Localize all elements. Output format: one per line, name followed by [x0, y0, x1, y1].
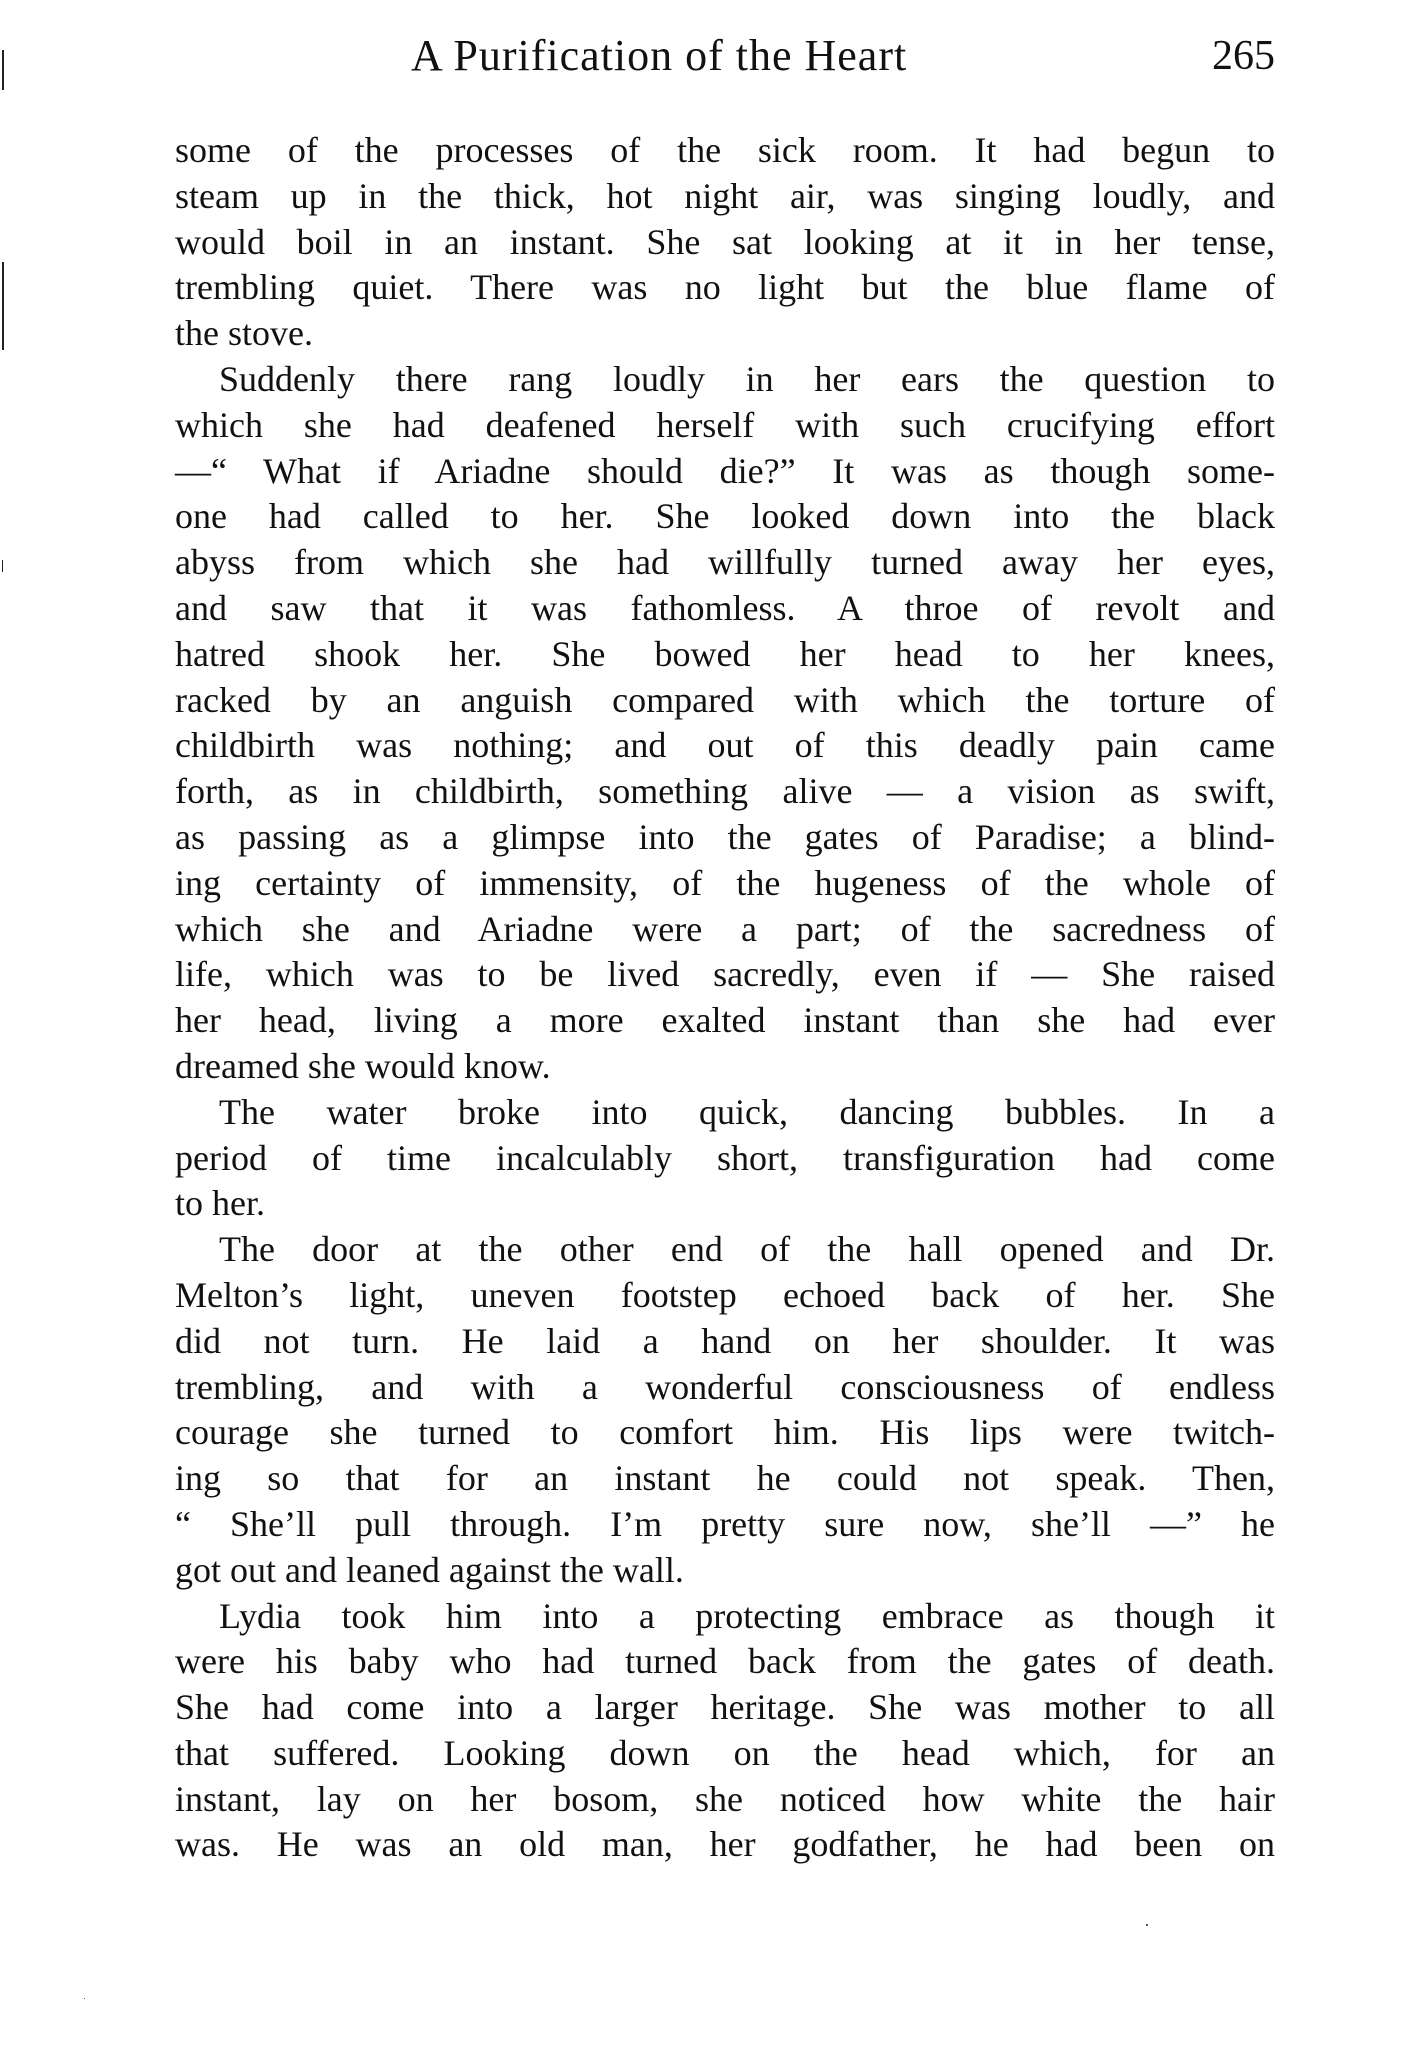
text-line: Melton’s light, uneven footstep echoed b…	[175, 1273, 1275, 1319]
paragraph: Lydia took him into a protecting embrace…	[175, 1594, 1275, 1869]
text-line: did not turn. He laid a hand on her shou…	[175, 1319, 1275, 1365]
text-line: courage she turned to comfort him. His l…	[175, 1410, 1275, 1456]
scan-speck	[1146, 1924, 1148, 1926]
scan-edge-mark	[2, 262, 4, 350]
text-line: instant, lay on her bosom, she noticed h…	[175, 1777, 1275, 1823]
text-line: got out and leaned against the wall.	[175, 1548, 1275, 1594]
paragraph: Suddenly there rang loudly in her ears t…	[175, 357, 1275, 1090]
text-line: forth, as in childbirth, something alive…	[175, 769, 1275, 815]
text-line: would boil in an instant. She sat lookin…	[175, 220, 1275, 266]
paragraph: some of the processes of the sick room. …	[175, 128, 1275, 357]
text-line: as passing as a glimpse into the gates o…	[175, 815, 1275, 861]
text-line: dreamed she would know.	[175, 1044, 1275, 1090]
text-line: which she had deafened herself with such…	[175, 403, 1275, 449]
text-line: “ She’ll pull through. I’m pretty sure n…	[175, 1502, 1275, 1548]
text-line: —“ What if Ariadne should die?” It was a…	[175, 449, 1275, 495]
text-line: Lydia took him into a protecting embrace…	[175, 1594, 1275, 1640]
page-number: 265	[1212, 32, 1275, 80]
text-line: which she and Ariadne were a part; of th…	[175, 907, 1275, 953]
text-line: her head, living a more exalted instant …	[175, 998, 1275, 1044]
text-line: some of the processes of the sick room. …	[175, 128, 1275, 174]
text-line: that suffered. Looking down on the head …	[175, 1731, 1275, 1777]
text-line: trembling quiet. There was no light but …	[175, 265, 1275, 311]
text-line: ing so that for an instant he could not …	[175, 1456, 1275, 1502]
page-header: A Purification of the Heart 265	[175, 30, 1275, 90]
text-line: trembling, and with a wonderful consciou…	[175, 1365, 1275, 1411]
text-line: racked by an anguish compared with which…	[175, 678, 1275, 724]
text-line: Suddenly there rang loudly in her ears t…	[175, 357, 1275, 403]
text-line: the stove.	[175, 311, 1275, 357]
text-line: abyss from which she had willfully turne…	[175, 540, 1275, 586]
text-line: were his baby who had turned back from t…	[175, 1639, 1275, 1685]
text-line: ing certainty of immensity, of the hugen…	[175, 861, 1275, 907]
running-title: A Purification of the Heart	[411, 30, 907, 81]
text-line: The water broke into quick, dancing bubb…	[175, 1090, 1275, 1136]
paragraph: The door at the other end of the hall op…	[175, 1227, 1275, 1593]
text-line: and saw that it was fathomless. A throe …	[175, 586, 1275, 632]
body-text: some of the processes of the sick room. …	[175, 128, 1275, 1868]
text-line: She had come into a larger heritage. She…	[175, 1685, 1275, 1731]
text-line: hatred shook her. She bowed her head to …	[175, 632, 1275, 678]
scan-edge-mark	[2, 50, 4, 90]
text-line: childbirth was nothing; and out of this …	[175, 723, 1275, 769]
scan-edge-mark	[2, 560, 3, 572]
text-line: was. He was an old man, her godfather, h…	[175, 1822, 1275, 1868]
text-line: life, which was to be lived sacredly, ev…	[175, 952, 1275, 998]
text-line: The door at the other end of the hall op…	[175, 1227, 1275, 1273]
paragraph: The water broke into quick, dancing bubb…	[175, 1090, 1275, 1227]
text-line: steam up in the thick, hot night air, wa…	[175, 174, 1275, 220]
text-line: one had called to her. She looked down i…	[175, 494, 1275, 540]
text-line: to her.	[175, 1181, 1275, 1227]
scan-speck	[84, 1998, 85, 1999]
book-page: A Purification of the Heart 265 some of …	[0, 0, 1403, 2050]
text-line: period of time incalculably short, trans…	[175, 1136, 1275, 1182]
